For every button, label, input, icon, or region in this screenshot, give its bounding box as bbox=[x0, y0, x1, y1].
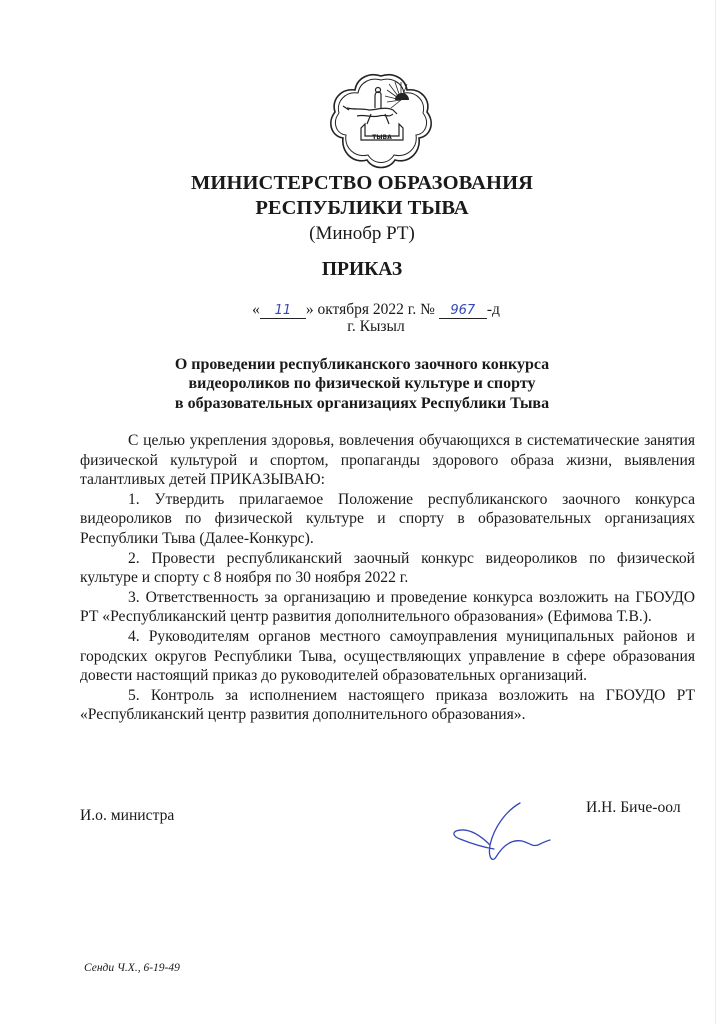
ministry-short-name: (Минобр РТ) bbox=[0, 223, 724, 245]
date-open-quote: « bbox=[252, 301, 260, 318]
signer-position: И.о. министра bbox=[80, 807, 174, 825]
svg-text:ТЫВА: ТЫВА bbox=[372, 134, 392, 141]
order-item-2: 2. Провести республиканский заочный конк… bbox=[80, 549, 695, 588]
ministry-name-line2: РЕСПУБЛИКИ ТЫВА bbox=[0, 197, 724, 220]
page-edge bbox=[715, 0, 716, 1024]
executor-note: Сенди Ч.Х., 6-19-49 bbox=[84, 962, 180, 974]
subject-line-1: О проведении республиканского заочного к… bbox=[0, 356, 724, 374]
date-close-quote: » bbox=[306, 301, 314, 318]
month-year-label: октября 2022 г. № bbox=[317, 301, 434, 318]
handwritten-signature-icon bbox=[450, 797, 555, 867]
order-item-4: 4. Руководителям органов местного самоуп… bbox=[80, 627, 695, 686]
signer-name: И.Н. Биче-оол bbox=[586, 799, 681, 817]
order-title: ПРИКАЗ bbox=[0, 259, 724, 281]
day-field: 11 bbox=[260, 303, 306, 319]
order-number-suffix: -д bbox=[487, 301, 500, 318]
order-item-3: 3. Ответственность за организацию и пров… bbox=[80, 588, 695, 627]
ministry-name-line1: МИНИСТЕРСТВО ОБРАЗОВАНИЯ bbox=[0, 172, 724, 195]
order-number-field: 967 bbox=[439, 303, 487, 319]
order-date-line: «11» октября 2022 г. № 967-д bbox=[14, 301, 724, 319]
tuva-coat-of-arms-icon: ТЫВА bbox=[327, 70, 435, 170]
subject-line-2: видеороликов по физической культуре и сп… bbox=[0, 375, 724, 393]
order-item-1: 1. Утвердить прилагаемое Положение респу… bbox=[80, 490, 695, 549]
order-item-5: 5. Контроль за исполнением настоящего пр… bbox=[80, 686, 695, 725]
handwritten-day: 11 bbox=[275, 303, 292, 318]
subject-line-3: в образовательных организациях Республик… bbox=[0, 395, 724, 413]
order-body: С целью укрепления здоровья, вовлечения … bbox=[80, 431, 695, 725]
preamble-paragraph: С целью укрепления здоровья, вовлечения … bbox=[80, 431, 695, 490]
handwritten-order-number: 967 bbox=[450, 303, 475, 318]
city-label: г. Кызыл bbox=[14, 318, 724, 336]
